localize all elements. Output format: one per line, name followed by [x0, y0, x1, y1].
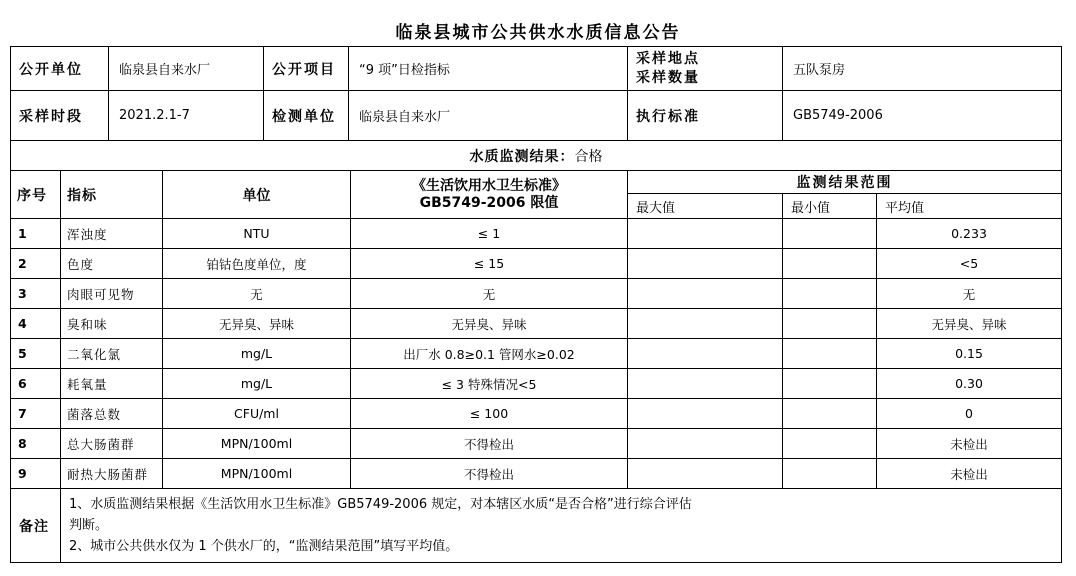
row-limit: ≤ 1 [351, 219, 628, 249]
col-header-range: 监测结果范围 [628, 171, 1062, 194]
row-unit: MPN/100ml [163, 429, 351, 459]
row-indicator: 浑浊度 [61, 219, 163, 249]
table-row: 6 耗氧量 mg/L ≤ 3 特殊情况<5 0.30 [11, 369, 1062, 399]
row-min [783, 309, 877, 339]
row-min [783, 459, 877, 489]
result-value: 合格 [575, 149, 603, 165]
row-limit: 无异臭、异味 [351, 309, 628, 339]
row-avg: 0 [877, 399, 1062, 429]
info-table: 公开单位 临泉县自来水厂 公开项目 “9 项”日检指标 采样地点 采样数量 五队… [10, 46, 1062, 171]
row-indicator: 菌落总数 [61, 399, 163, 429]
limit-header-line1: 《生活饮用水卫生标准》 [357, 178, 621, 195]
public-unit-value: 临泉县自来水厂 [109, 47, 264, 91]
row-avg: 0.233 [877, 219, 1062, 249]
row-max [628, 429, 783, 459]
row-no: 6 [11, 369, 61, 399]
row-limit: 出厂水 0.8≥0.1 管网水≥0.02 [351, 339, 628, 369]
col-header-no: 序号 [11, 171, 61, 219]
row-min [783, 399, 877, 429]
notes-line-3: 2、城市公共供水仅为 1 个供水厂的，“监测结果范围”填写平均值。 [69, 536, 1053, 557]
col-header-max: 最大值 [628, 194, 783, 219]
table-row: 3 肉眼可见物 无 无 无 [11, 279, 1062, 309]
standard-value: GB5749-2006 [783, 91, 1062, 141]
col-header-unit: 单位 [163, 171, 351, 219]
standard-label: 执行标准 [628, 91, 783, 141]
public-item-label: 公开项目 [264, 47, 349, 91]
row-unit: NTU [163, 219, 351, 249]
main-data-table: 序号 指标 单位 《生活饮用水卫生标准》 GB5749-2006 限值 监测结果… [10, 170, 1062, 563]
row-no: 7 [11, 399, 61, 429]
row-no: 3 [11, 279, 61, 309]
testing-unit-label: 检测单位 [264, 91, 349, 141]
result-row: 水质监测结果：合格 [11, 141, 1062, 171]
row-limit: ≤ 3 特殊情况<5 [351, 369, 628, 399]
sampling-period-value: 2021.2.1-7 [109, 91, 264, 141]
table-row: 8 总大肠菌群 MPN/100ml 不得检出 未检出 [11, 429, 1062, 459]
row-max [628, 249, 783, 279]
row-min [783, 339, 877, 369]
row-min [783, 429, 877, 459]
result-cell: 水质监测结果：合格 [11, 141, 1062, 171]
row-avg: 0.15 [877, 339, 1062, 369]
row-unit: CFU/ml [163, 399, 351, 429]
row-indicator: 肉眼可见物 [61, 279, 163, 309]
row-max [628, 309, 783, 339]
row-max [628, 339, 783, 369]
row-indicator: 总大肠菌群 [61, 429, 163, 459]
row-limit: 无 [351, 279, 628, 309]
row-min [783, 219, 877, 249]
row-no: 5 [11, 339, 61, 369]
row-no: 4 [11, 309, 61, 339]
col-header-limit: 《生活饮用水卫生标准》 GB5749-2006 限值 [351, 171, 628, 219]
row-no: 1 [11, 219, 61, 249]
notes-content: 1、水质监测结果根据《生活饮用水卫生标准》GB5749-2006 规定，对本辖区… [61, 489, 1062, 563]
row-unit: mg/L [163, 369, 351, 399]
row-max [628, 459, 783, 489]
table-row: 9 耐热大肠菌群 MPN/100ml 不得检出 未检出 [11, 459, 1062, 489]
table-row: 5 二氧化氯 mg/L 出厂水 0.8≥0.1 管网水≥0.02 0.15 [11, 339, 1062, 369]
row-avg: 无 [877, 279, 1062, 309]
row-limit: 不得检出 [351, 429, 628, 459]
limit-header-line2: GB5749-2006 限值 [357, 195, 621, 212]
row-max [628, 369, 783, 399]
notes-label: 备注 [11, 489, 61, 563]
row-limit: 不得检出 [351, 459, 628, 489]
row-unit: 铂钴色度单位，度 [163, 249, 351, 279]
sampling-site-value: 五队泵房 [783, 47, 1062, 91]
row-indicator: 耐热大肠菌群 [61, 459, 163, 489]
row-limit: ≤ 15 [351, 249, 628, 279]
header-row-top: 序号 指标 单位 《生活饮用水卫生标准》 GB5749-2006 限值 监测结果… [11, 171, 1062, 194]
sampling-count-label: 采样数量 [636, 69, 776, 88]
row-indicator: 耗氧量 [61, 369, 163, 399]
page-title: 临泉县城市公共供水水质信息公告 [0, 18, 1076, 46]
notes-row: 备注 1、水质监测结果根据《生活饮用水卫生标准》GB5749-2006 规定，对… [11, 489, 1062, 563]
row-max [628, 399, 783, 429]
public-item-value: “9 项”日检指标 [349, 47, 628, 91]
table-row: 4 臭和味 无异臭、异味 无异臭、异味 无异臭、异味 [11, 309, 1062, 339]
row-no: 8 [11, 429, 61, 459]
table-row: 7 菌落总数 CFU/ml ≤ 100 0 [11, 399, 1062, 429]
col-header-min: 最小值 [783, 194, 877, 219]
water-quality-notice-page: 临泉县城市公共供水水质信息公告 公开单位 临泉县自来水厂 公开项目 “9 项”日… [0, 0, 1076, 576]
row-unit: 无异臭、异味 [163, 309, 351, 339]
sampling-site-count-label: 采样地点 采样数量 [628, 47, 783, 91]
row-indicator: 二氧化氯 [61, 339, 163, 369]
table-row: 1 浑浊度 NTU ≤ 1 0.233 [11, 219, 1062, 249]
row-avg: 未检出 [877, 459, 1062, 489]
row-indicator: 色度 [61, 249, 163, 279]
row-unit: MPN/100ml [163, 459, 351, 489]
notes-line-1: 1、水质监测结果根据《生活饮用水卫生标准》GB5749-2006 规定，对本辖区… [69, 494, 1053, 515]
sampling-site-label: 采样地点 [636, 50, 776, 69]
table-row: 2 色度 铂钴色度单位，度 ≤ 15 <5 [11, 249, 1062, 279]
notice-table-wrapper: 公开单位 临泉县自来水厂 公开项目 “9 项”日检指标 采样地点 采样数量 五队… [10, 46, 1061, 563]
row-no: 9 [11, 459, 61, 489]
row-avg: <5 [877, 249, 1062, 279]
row-min [783, 279, 877, 309]
notes-line-2: 判断。 [69, 515, 1053, 536]
row-max [628, 219, 783, 249]
row-unit: mg/L [163, 339, 351, 369]
info-row-2: 采样时段 2021.2.1-7 检测单位 临泉县自来水厂 执行标准 GB5749… [11, 91, 1062, 141]
testing-unit-value: 临泉县自来水厂 [349, 91, 628, 141]
row-min [783, 249, 877, 279]
row-min [783, 369, 877, 399]
row-max [628, 279, 783, 309]
sampling-period-label: 采样时段 [11, 91, 109, 141]
col-header-indicator: 指标 [61, 171, 163, 219]
info-row-1: 公开单位 临泉县自来水厂 公开项目 “9 项”日检指标 采样地点 采样数量 五队… [11, 47, 1062, 91]
col-header-avg: 平均值 [877, 194, 1062, 219]
row-avg: 未检出 [877, 429, 1062, 459]
row-avg: 无异臭、异味 [877, 309, 1062, 339]
row-avg: 0.30 [877, 369, 1062, 399]
public-unit-label: 公开单位 [11, 47, 109, 91]
row-unit: 无 [163, 279, 351, 309]
row-no: 2 [11, 249, 61, 279]
result-label: 水质监测结果： [470, 149, 575, 165]
row-limit: ≤ 100 [351, 399, 628, 429]
row-indicator: 臭和味 [61, 309, 163, 339]
